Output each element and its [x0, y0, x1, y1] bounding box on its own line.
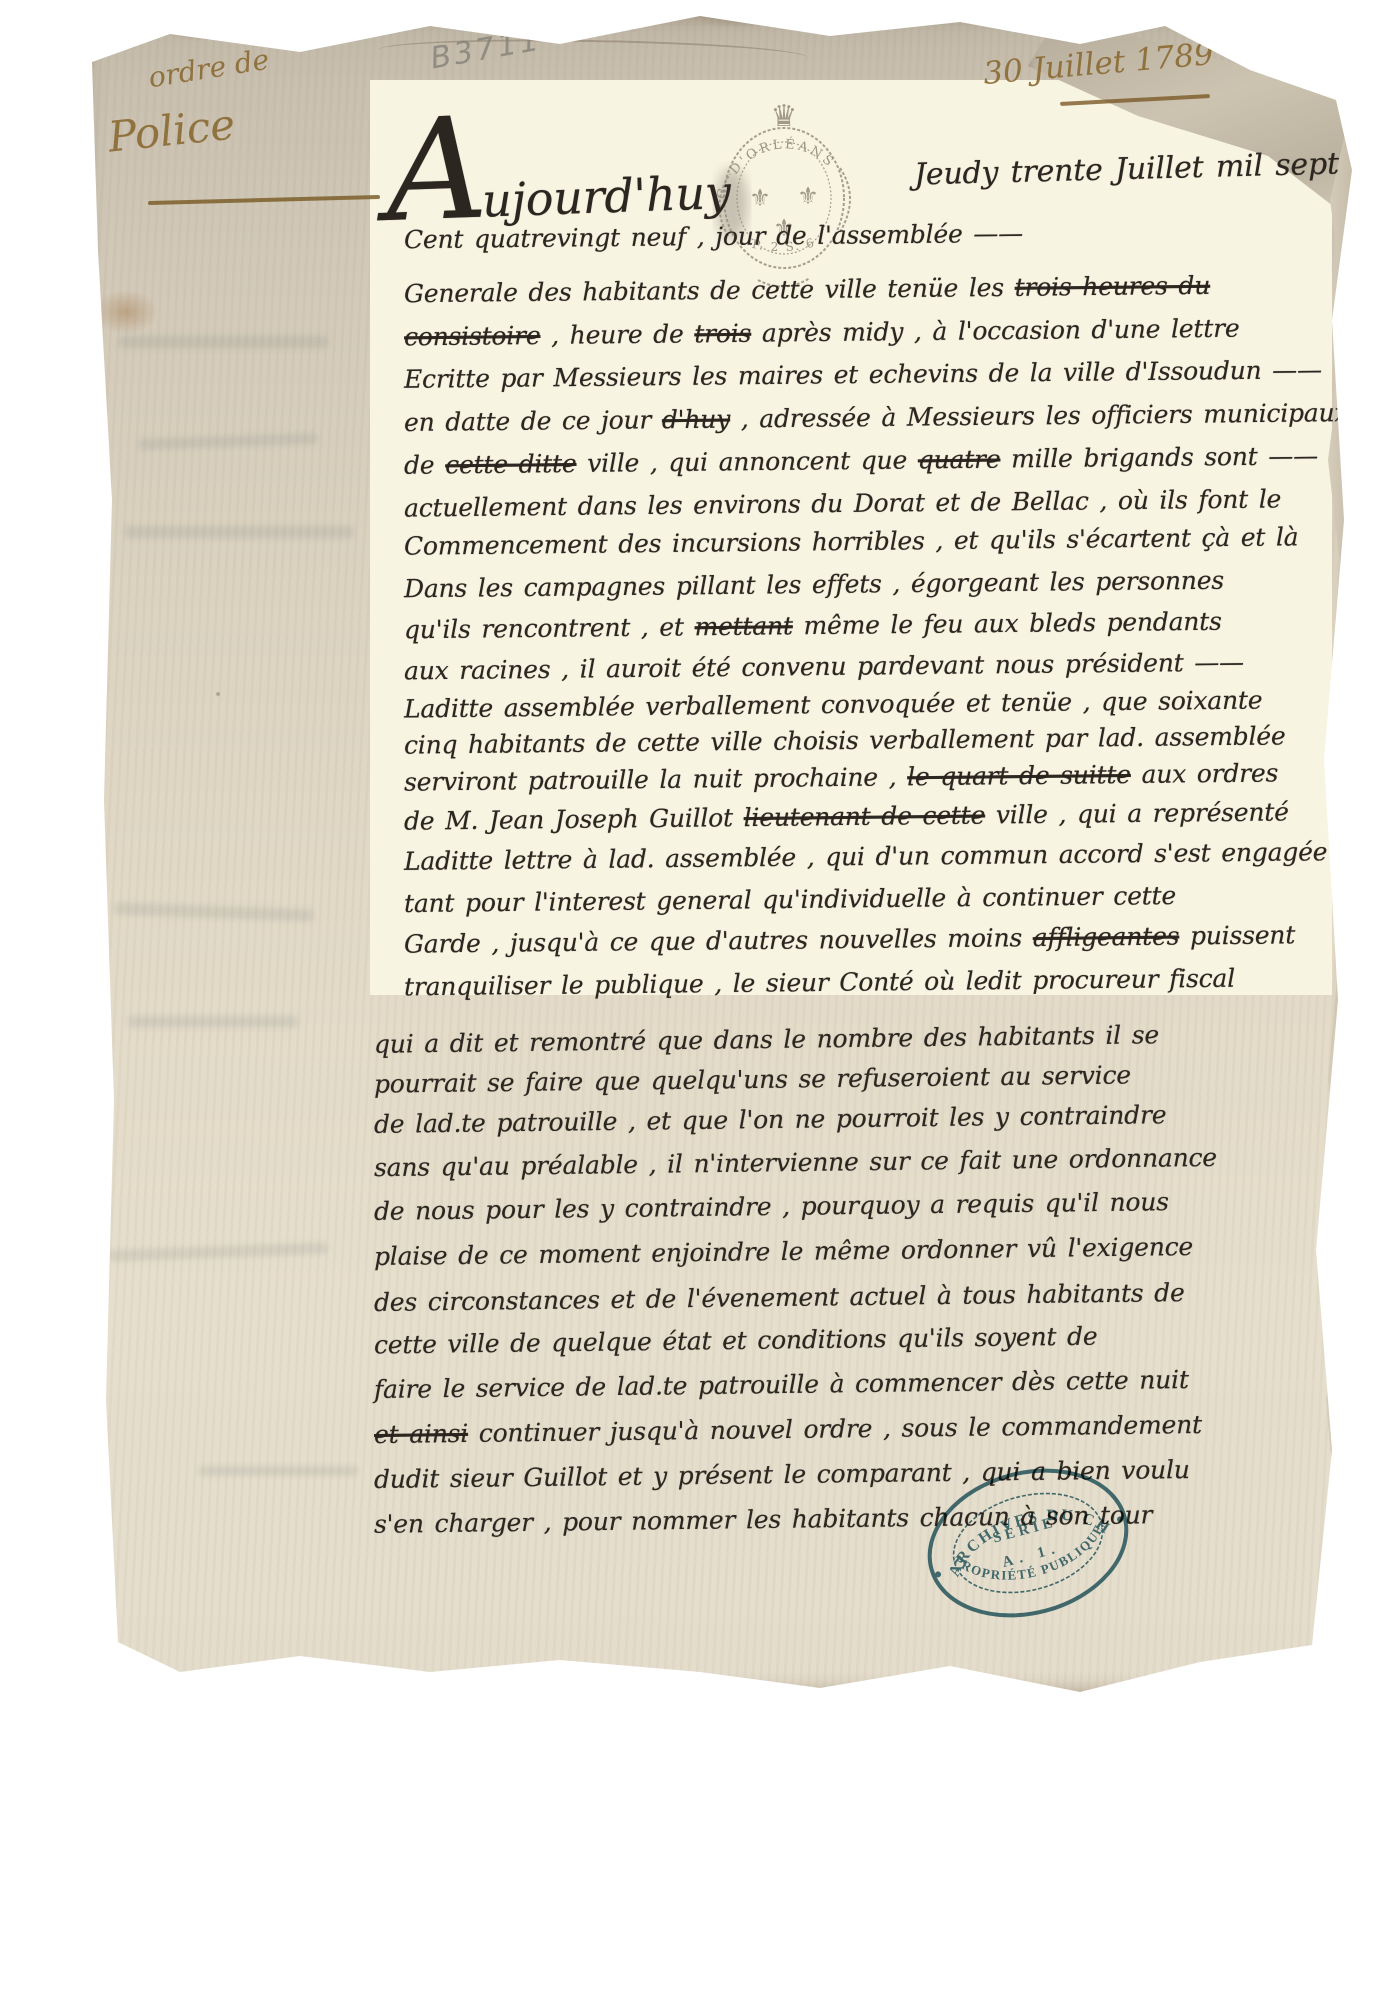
bleed-through-marks — [138, 433, 318, 450]
bleed-through-marks — [114, 903, 314, 922]
crown-icon: ♛ — [771, 99, 798, 134]
archival-code-annotation: B3711 — [428, 23, 544, 77]
bleed-through-marks — [128, 1016, 298, 1027]
manuscript-page: B3711 ordre de Police 30 Juillet 1789 — [78, 6, 1370, 1698]
margin-note-ordre: ordre de — [146, 43, 271, 95]
bleed-through-marks — [108, 1242, 328, 1262]
manuscript-line: sans qu'au préalable , il n'intervienne … — [374, 1143, 1217, 1182]
fleur-de-lis-icon: ⚜ — [797, 182, 819, 210]
page-scan: B3711 ordre de Police 30 Juillet 1789 — [0, 0, 1399, 2000]
manuscript-line: pourrait se faire que quelqu'uns se refu… — [374, 1060, 1131, 1098]
manuscript-opening-word: Aujourd'huy — [384, 108, 731, 227]
manuscript-line: et ainsi continuer jusqu'à nouvel ordre … — [374, 1410, 1202, 1449]
manuscript-line: de nous pour les y contraindre , pourquo… — [374, 1187, 1169, 1226]
manuscript-line: des circonstances et de l'évenement actu… — [374, 1278, 1185, 1317]
fleur-de-lis-icon: ⚜ — [749, 184, 771, 212]
manuscript-line: faire le service de lad.te patrouille à … — [374, 1365, 1189, 1404]
bleed-through-marks — [118, 336, 328, 348]
bleed-through-marks — [124, 526, 354, 538]
bleed-through-marks — [198, 1466, 358, 1476]
manuscript-line: cette ville de quelque état et condition… — [374, 1322, 1098, 1360]
manuscript-line: qui a dit et remontré que dans le nombre… — [374, 1020, 1159, 1059]
margin-note-police: Police — [106, 99, 238, 161]
manuscript-line: plaise de ce moment enjoindre le même or… — [374, 1232, 1193, 1271]
margin-note-underline — [148, 195, 380, 205]
manuscript-line: de lad.te patrouille , et que l'on ne po… — [374, 1100, 1167, 1139]
